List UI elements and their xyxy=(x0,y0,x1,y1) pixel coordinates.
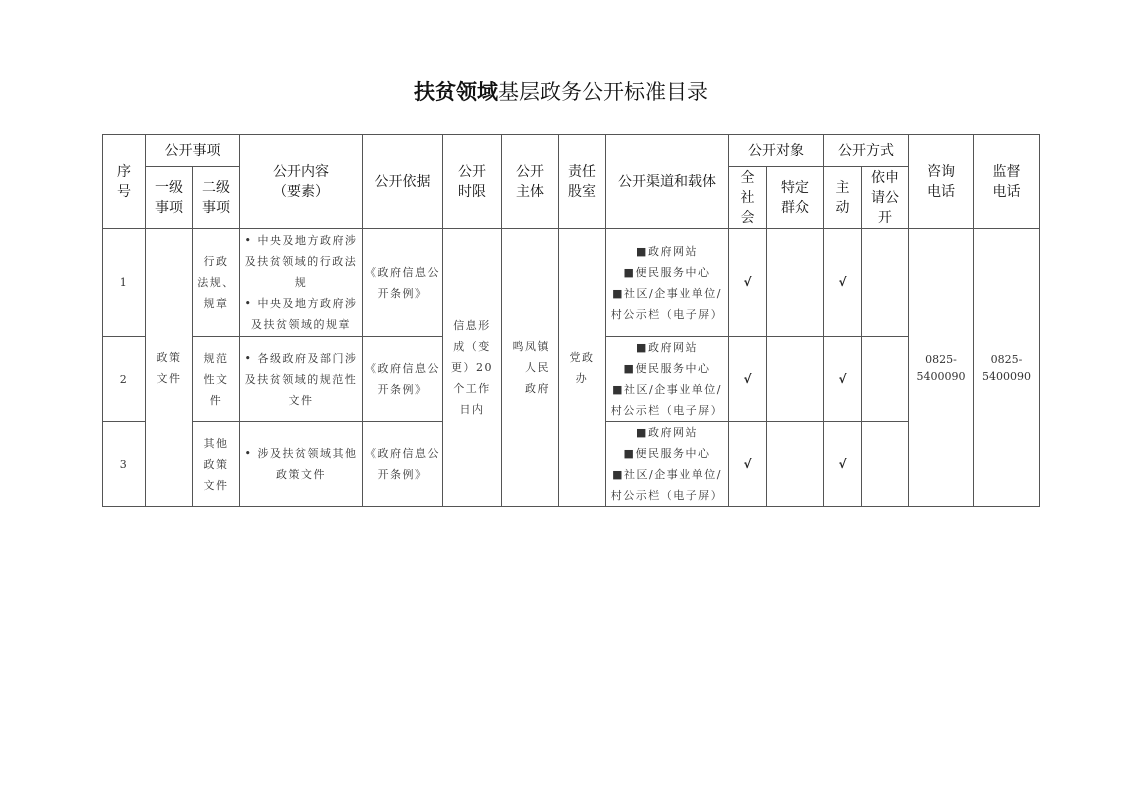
header-time-limit: 公开 时限 xyxy=(443,135,502,229)
header-content: 公开内容 （要素） xyxy=(240,135,363,229)
header-supervise-phone: 监督 电话 xyxy=(974,135,1040,229)
level2-item: 规范 性文 件 xyxy=(193,337,240,422)
method-request-check xyxy=(862,337,909,422)
level2-item: 其他 政策 文件 xyxy=(193,422,240,507)
header-row-1: 序 号 公开事项 公开内容 （要素） 公开依据 公开 时限 公开 主体 责任 股… xyxy=(103,135,1040,167)
row-seq: 1 xyxy=(103,229,146,337)
channel-cell: ■政府网站 ■便民服务中心 ■社区/企事业单位/村公示栏（电子屏） xyxy=(606,229,729,337)
method-request-check xyxy=(862,422,909,507)
content-cell: • 涉及扶贫领域其他政策文件 xyxy=(240,422,363,507)
method-active-check: √ xyxy=(824,337,862,422)
audience-all-check: √ xyxy=(729,422,767,507)
method-active-check: √ xyxy=(824,229,862,337)
header-level1: 一级 事项 xyxy=(146,167,193,229)
channel-item: ■便民服务中心 xyxy=(606,443,728,464)
channel-item: ■社区/企事业单位/村公示栏（电子屏） xyxy=(606,464,728,506)
header-basis: 公开依据 xyxy=(363,135,443,229)
level1-item: 政策 文件 xyxy=(146,229,193,507)
consult-phone: 0825- 5400090 xyxy=(909,229,974,507)
method-request-check xyxy=(862,229,909,337)
level2-item: 行政 法规、 规章 xyxy=(193,229,240,337)
channel-cell: ■政府网站 ■便民服务中心 ■社区/企事业单位/村公示栏（电子屏） xyxy=(606,422,729,507)
channel-cell: ■政府网站 ■便民服务中心 ■社区/企事业单位/村公示栏（电子屏） xyxy=(606,337,729,422)
channel-item: ■政府网站 xyxy=(606,241,728,262)
audience-all-check: √ xyxy=(729,229,767,337)
content-cell: • 各级政府及部门涉及扶贫领域的规范性文件 xyxy=(240,337,363,422)
page-title: 扶贫领域基层政务公开标准目录 xyxy=(0,76,1122,106)
content-cell: • 中央及地方政府涉及扶贫领域的行政法规 • 中央及地方政府涉及扶贫领域的规章 xyxy=(240,229,363,337)
audience-specific-check xyxy=(767,337,824,422)
header-level2: 二级 事项 xyxy=(193,167,240,229)
subject-cell: 鸣凤镇 人民 政府 xyxy=(502,229,559,507)
header-audience-group: 公开对象 xyxy=(729,135,824,167)
header-channel: 公开渠道和载体 xyxy=(606,135,729,229)
header-consult-phone: 咨询 电话 xyxy=(909,135,974,229)
audience-all-check: √ xyxy=(729,337,767,422)
channel-item: ■政府网站 xyxy=(606,422,728,443)
channel-item: ■便民服务中心 xyxy=(606,358,728,379)
header-audience-all: 全 社 会 xyxy=(729,167,767,229)
header-item-group: 公开事项 xyxy=(146,135,240,167)
header-dept: 责任 股室 xyxy=(559,135,606,229)
method-active-check: √ xyxy=(824,422,862,507)
channel-item: ■便民服务中心 xyxy=(606,262,728,283)
channel-item: ■社区/企事业单位/村公示栏（电子屏） xyxy=(606,379,728,421)
title-rest-part: 基层政务公开标准目录 xyxy=(498,80,708,104)
supervise-phone: 0825- 5400090 xyxy=(974,229,1040,507)
header-audience-specific: 特定 群众 xyxy=(767,167,824,229)
header-method-group: 公开方式 xyxy=(824,135,909,167)
time-limit-cell: 信息形 成（变 更）20 个工作 日内 xyxy=(443,229,502,507)
header-method-active: 主 动 xyxy=(824,167,862,229)
audience-specific-check xyxy=(767,229,824,337)
catalog-table: 序 号 公开事项 公开内容 （要素） 公开依据 公开 时限 公开 主体 责任 股… xyxy=(102,134,1040,507)
basis-cell: 《政府信息公开条例》 xyxy=(363,422,443,507)
basis-cell: 《政府信息公开条例》 xyxy=(363,229,443,337)
header-subject: 公开 主体 xyxy=(502,135,559,229)
table-row: 1 政策 文件 行政 法规、 规章 • 中央及地方政府涉及扶贫领域的行政法规 •… xyxy=(103,229,1040,337)
header-method-request: 依申 请公 开 xyxy=(862,167,909,229)
channel-item: ■政府网站 xyxy=(606,337,728,358)
title-bold-part: 扶贫领域 xyxy=(414,80,498,104)
audience-specific-check xyxy=(767,422,824,507)
row-seq: 2 xyxy=(103,337,146,422)
dept-cell: 党政 办 xyxy=(559,229,606,507)
row-seq: 3 xyxy=(103,422,146,507)
channel-item: ■社区/企事业单位/村公示栏（电子屏） xyxy=(606,283,728,325)
basis-cell: 《政府信息公开条例》 xyxy=(363,337,443,422)
header-seq: 序 号 xyxy=(103,135,146,229)
